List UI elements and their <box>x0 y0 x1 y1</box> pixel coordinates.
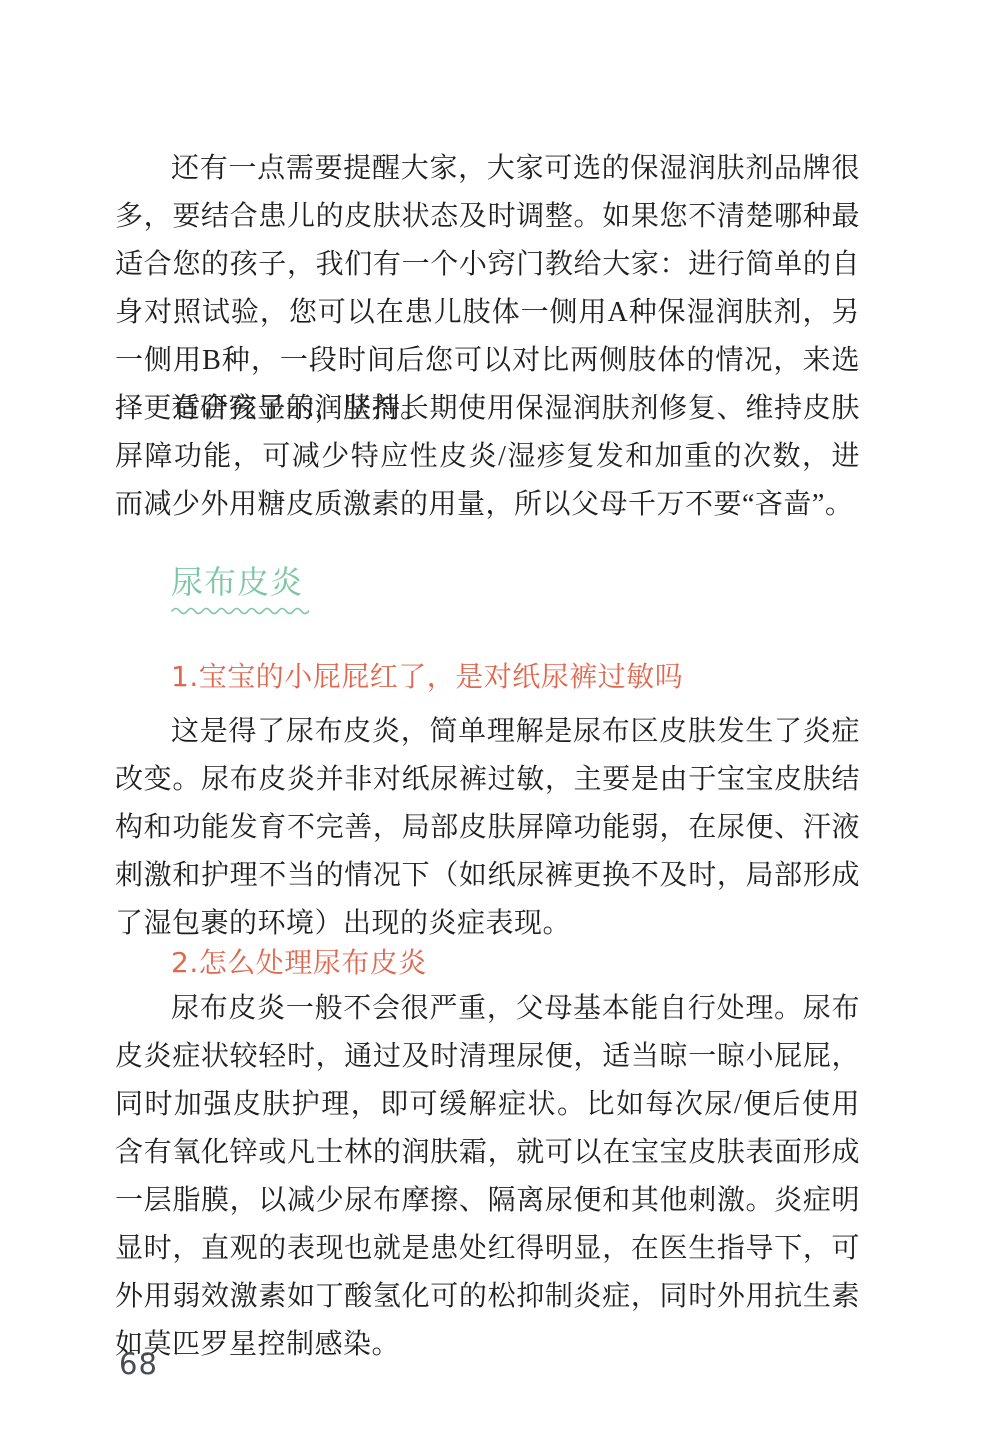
subsection-heading-2-how-to-treat: 2.怎么处理尿布皮炎 <box>171 944 427 982</box>
paragraph-research-findings: 有研究显示，坚持长期使用保湿润肤剂修复、维持皮肤屏障功能，可减少特应性皮炎/湿疹… <box>115 385 860 529</box>
wavy-underline-decoration <box>171 605 309 615</box>
page-number: 68 <box>119 1345 158 1383</box>
section-title: 尿布皮炎 <box>171 563 303 601</box>
book-page: 还有一点需要提醒大家，大家可选的保湿润肤剂品牌很多，要结合患儿的皮肤状态及时调整… <box>0 0 1000 1450</box>
paragraph-treatment-advice: 尿布皮炎一般不会很严重，父母基本能自行处理。尿布皮炎症状较轻时，通过及时清理尿便… <box>115 985 860 1369</box>
subsection-heading-1-red-bottom: 1.宝宝的小屁屁红了，是对纸尿裤过敏吗 <box>171 658 683 696</box>
paragraph-diaper-dermatitis-explanation: 这是得了尿布皮炎，简单理解是尿布区皮肤发生了炎症改变。尿布皮炎并非对纸尿裤过敏，… <box>115 708 860 948</box>
section-heading-diaper-dermatitis: 尿布皮炎 <box>171 562 309 615</box>
